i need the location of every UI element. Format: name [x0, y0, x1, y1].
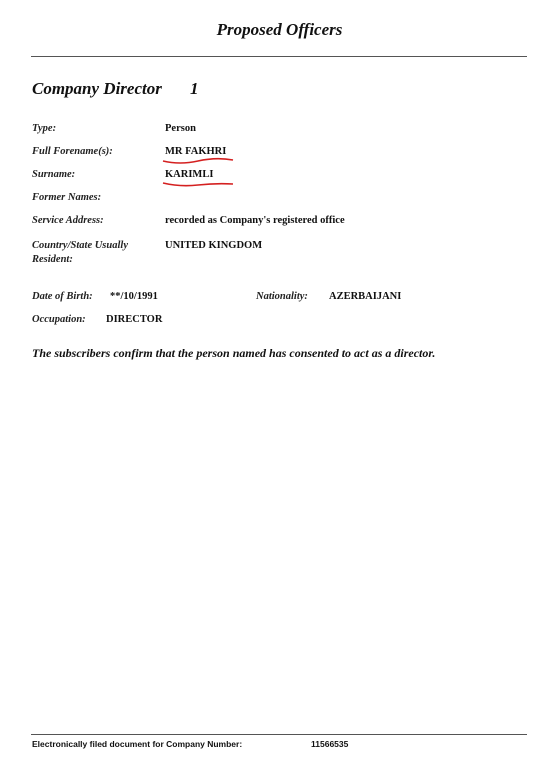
consent-statement: The subscribers confirm that the person … — [32, 346, 435, 361]
occupation-label: Occupation: — [32, 313, 86, 327]
forenames-label: Full Forename(s): — [32, 145, 113, 159]
section-title: Company Director — [32, 79, 162, 99]
section-number: 1 — [190, 79, 199, 99]
red-underline-mark — [162, 180, 234, 188]
company-number: 11566535 — [311, 739, 348, 749]
service-address-label: Service Address: — [32, 214, 104, 228]
footer-label: Electronically filed document for Compan… — [32, 739, 242, 749]
surname-label: Surname: — [32, 168, 75, 182]
dob-label: Date of Birth: — [32, 290, 93, 304]
dob-value: **/10/1991 — [110, 290, 158, 304]
header-divider — [31, 56, 527, 57]
former-names-label: Former Names: — [32, 191, 101, 205]
nationality-value: AZERBAIJANI — [329, 290, 401, 304]
type-label: Type: — [32, 122, 56, 136]
country-label-line1: Country/State Usually — [32, 239, 128, 253]
country-label-line2: Resident: — [32, 253, 73, 267]
service-address-value: recorded as Company's registered office — [165, 214, 345, 228]
page-title: Proposed Officers — [0, 20, 559, 40]
occupation-value: DIRECTOR — [106, 313, 162, 327]
country-value: UNITED KINGDOM — [165, 239, 262, 253]
red-underline-mark — [162, 157, 234, 165]
nationality-label: Nationality: — [256, 290, 308, 304]
footer-divider — [31, 734, 527, 735]
type-value: Person — [165, 122, 196, 136]
